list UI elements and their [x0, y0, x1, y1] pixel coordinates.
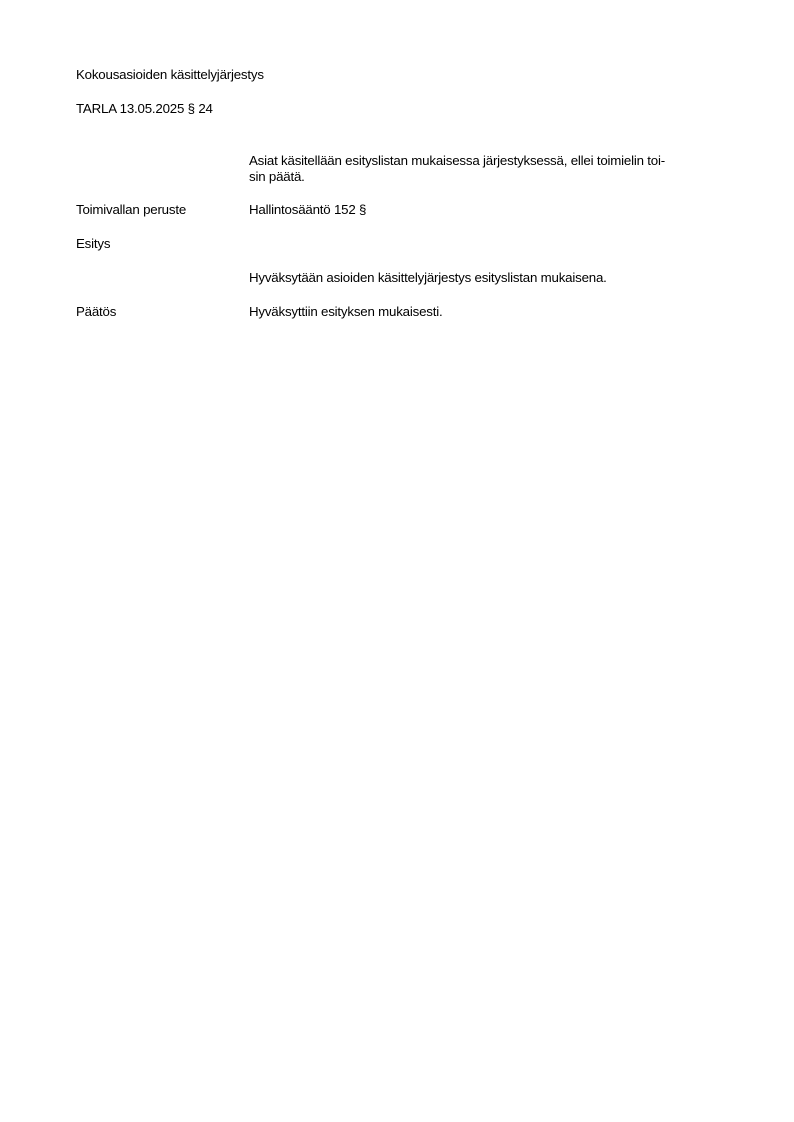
basis-value: Hallintosääntö 152 §: [249, 202, 366, 218]
proposal-value: Hyväksytään asioiden käsittelyjärjestys …: [249, 270, 607, 286]
proposal-label: Esitys: [76, 236, 110, 252]
intro-line: sin päätä.: [249, 169, 665, 185]
meeting-reference: TARLA 13.05.2025 § 24: [76, 101, 213, 117]
basis-label: Toimivallan peruste: [76, 202, 186, 218]
decision-label: Päätös: [76, 304, 116, 320]
decision-value: Hyväksyttiin esityksen mukaisesti.: [249, 304, 442, 320]
intro-paragraph: Asiat käsitellään esityslistan mukaisess…: [249, 153, 665, 185]
intro-line: Asiat käsitellään esityslistan mukaisess…: [249, 153, 665, 169]
document-title: Kokousasioiden käsittelyjärjestys: [76, 67, 264, 83]
